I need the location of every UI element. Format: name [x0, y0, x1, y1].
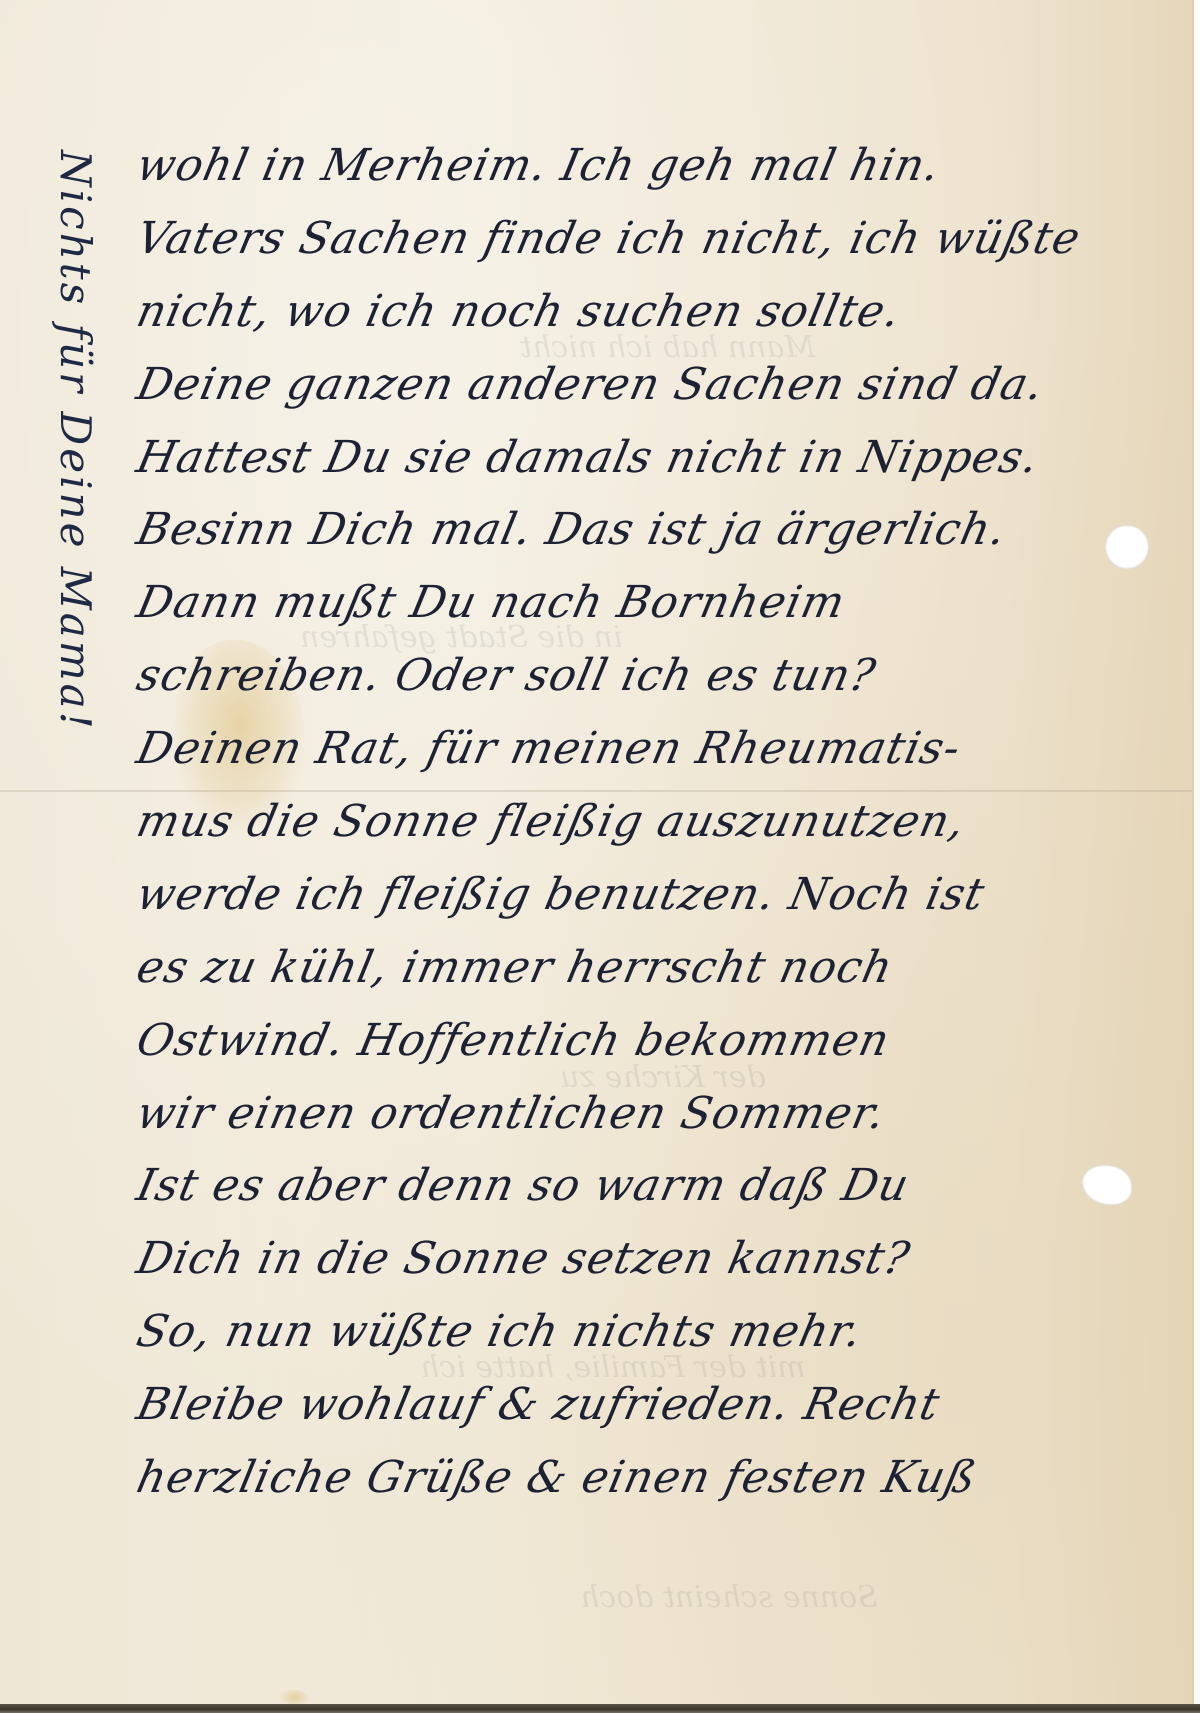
scan-bottom-edge: [0, 1704, 1200, 1713]
letter-line: Ostwind. Hoffentlich bekommen: [130, 1005, 1185, 1077]
punch-hole: [1105, 525, 1149, 569]
letter-line: Vaters Sachen finde ich nicht, ich wüßte: [130, 203, 1185, 275]
letter-line: Besinn Dich mal. Das ist ja ärgerlich.: [130, 494, 1185, 566]
letter-line: wir einen ordentlichen Sommer.: [130, 1078, 1185, 1150]
letter-line: Hattest Du sie damals nicht in Nippes.: [130, 422, 1185, 494]
letter-line: So, nun wüßte ich nichts mehr.: [130, 1296, 1185, 1368]
bleed-through-text: Sonne scheint doch: [580, 1580, 878, 1615]
letter-line: schreiben. Oder soll ich es tun?: [130, 640, 1185, 712]
letter-line: Ist es aber denn so warm daß Du: [130, 1150, 1185, 1222]
letter-line: es zu kühl, immer herrscht noch: [130, 932, 1185, 1004]
scanned-letter-page: Mann hab ich nicht in die Stadt gefahren…: [0, 0, 1200, 1713]
letter-line: wohl in Merheim. Ich geh mal hin.: [130, 130, 1185, 202]
letter-line: werde ich fleißig benutzen. Noch ist: [130, 859, 1185, 931]
letter-line: Dich in die Sonne setzen kannst?: [130, 1223, 1185, 1295]
letter-body: wohl in Merheim. Ich geh mal hin. Vaters…: [130, 130, 1170, 1515]
letter-line: nicht, wo ich noch suchen sollte.: [130, 276, 1185, 348]
letter-line: herzliche Grüße & einen festen Kuß: [130, 1442, 1185, 1514]
letter-line: Bleibe wohlauf & zufrieden. Recht: [130, 1369, 1185, 1441]
letter-line: Deine ganzen anderen Sachen sind da.: [130, 349, 1185, 421]
letter-line: Dann mußt Du nach Bornheim: [130, 567, 1185, 639]
paper-sheet: Mann hab ich nicht in die Stadt gefahren…: [0, 0, 1194, 1706]
letter-line: Deinen Rat, für meinen Rheumatis-: [130, 713, 1185, 785]
margin-note: Nichts für Deine Mama!: [30, 150, 100, 970]
letter-line: mus die Sonne fleißig auszunutzen,: [130, 786, 1185, 858]
